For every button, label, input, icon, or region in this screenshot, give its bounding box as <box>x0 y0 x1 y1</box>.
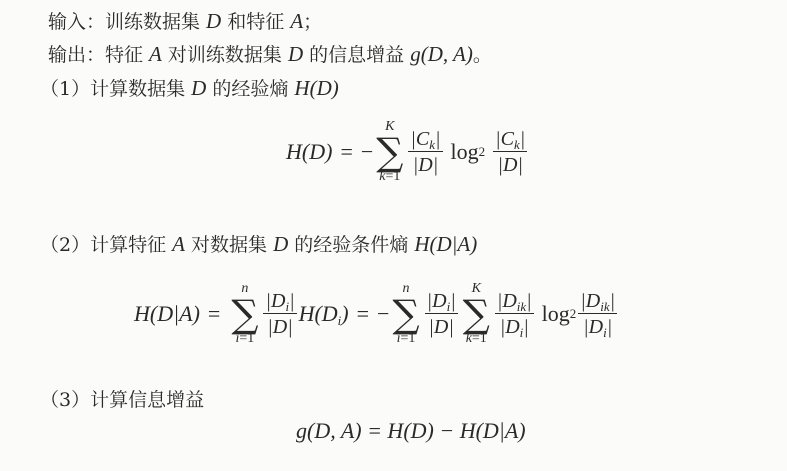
formula-entropy: H(D) = − K ∑ k=1 |Ck| |D| log2 |Ck| |D| <box>286 120 529 184</box>
entropy-term: H(Di) <box>299 301 349 327</box>
sum-lower: k=1 <box>379 170 400 184</box>
output-label: 输出：特征 <box>48 44 149 66</box>
num-end: | <box>450 290 456 312</box>
sum-start: =1 <box>472 331 487 346</box>
num-text: |C <box>495 128 514 150</box>
frac-denominator: |Di| <box>498 314 531 337</box>
num-end: | <box>520 128 526 150</box>
summation: K ∑ k=1 <box>463 282 490 346</box>
info-gain-expr: g(D, A) <box>410 42 473 66</box>
fraction: |Ck| |D| <box>493 129 527 175</box>
frac-numerator: |Dik| <box>495 291 534 314</box>
summation: n ∑ i=1 <box>392 282 419 346</box>
input-label: 输入：训练数据集 <box>48 11 206 33</box>
num-end: | <box>610 290 616 312</box>
var-d: D <box>288 42 303 66</box>
var-d: D <box>273 232 288 256</box>
var-d: D <box>206 9 221 33</box>
var-a: A <box>172 232 185 256</box>
var-a: A <box>290 9 303 33</box>
formula-conditional-entropy: H(D|A) = n ∑ i=1 |Di| |D| H(Di) = − n ∑ … <box>134 282 619 346</box>
sum-start: =1 <box>401 331 416 346</box>
sigma-icon: ∑ <box>392 296 419 332</box>
formula-lhs: H(D|A) <box>134 301 200 327</box>
minus-sign: − <box>377 301 389 327</box>
den-end: | <box>523 316 529 338</box>
input-end: ； <box>303 11 322 33</box>
num-end: | <box>435 128 441 150</box>
step3-label: （3）计算信息增益 <box>40 389 204 411</box>
sum-start: =1 <box>386 169 401 184</box>
frac-numerator: |Di| <box>425 291 458 314</box>
info-gain-formula: g(D, A) = H(D) − H(D|A) <box>296 418 526 444</box>
input-mid: 和特征 <box>221 11 290 33</box>
num-text: |D <box>265 290 285 312</box>
num-text: |D <box>580 290 600 312</box>
cond-entropy-expr: H(D|A) <box>414 232 477 256</box>
equals-sign: = <box>340 139 352 165</box>
sum-lower: k=1 <box>466 332 487 346</box>
sigma-icon: ∑ <box>463 296 490 332</box>
den-end: | <box>607 316 613 338</box>
frac-denominator: |Di| <box>581 314 614 337</box>
num-text: |D <box>497 290 517 312</box>
summation: n ∑ i=1 <box>231 282 258 346</box>
term-text: H(D <box>299 301 338 326</box>
step1-mid: 的经验熵 <box>206 78 294 100</box>
step2-label: （2）计算特征 <box>40 234 172 256</box>
fraction: |Di| |D| <box>263 291 296 337</box>
num-text: |D <box>427 290 447 312</box>
sigma-icon: ∑ <box>376 134 403 170</box>
num-sub: ik <box>600 299 609 314</box>
step1-label: （1）计算数据集 <box>40 78 191 100</box>
step2-mid1: 对数据集 <box>185 234 273 256</box>
fraction: |Dik| |Di| <box>578 291 617 337</box>
num-text: |C <box>410 128 429 150</box>
step2-heading: （2）计算特征 A 对数据集 D 的经验条件熵 H(D|A) <box>40 234 477 255</box>
minus-sign: − <box>361 139 373 165</box>
step2-mid2: 的经验条件熵 <box>288 234 414 256</box>
num-end: | <box>526 290 532 312</box>
term-end: ) <box>341 301 348 326</box>
equals-sign: = <box>208 301 220 327</box>
input-line: 输入：训练数据集 D 和特征 A； <box>48 11 322 32</box>
output-mid1: 对训练数据集 <box>162 44 288 66</box>
log-fn: log <box>451 139 479 165</box>
fraction: |Di| |D| <box>425 291 458 337</box>
equals-sign: = <box>357 301 369 327</box>
sum-lower: i=1 <box>397 332 416 346</box>
var-a: A <box>149 42 162 66</box>
var-d: D <box>191 76 206 100</box>
frac-denominator: |D| <box>411 152 440 175</box>
step3-heading: （3）计算信息增益 <box>40 391 204 410</box>
sigma-icon: ∑ <box>231 296 258 332</box>
step1-heading: （1）计算数据集 D 的经验熵 H(D) <box>40 78 339 99</box>
output-mid2: 的信息增益 <box>303 44 410 66</box>
formula-info-gain: g(D, A) = H(D) − H(D|A) <box>296 418 526 444</box>
den-text: |D <box>500 316 520 338</box>
sum-start: =1 <box>239 331 254 346</box>
frac-numerator: |Dik| <box>578 291 617 314</box>
den-text: |D <box>583 316 603 338</box>
frac-numerator: |Ck| <box>408 129 442 152</box>
frac-denominator: |D| <box>496 152 525 175</box>
sum-lower: i=1 <box>236 332 255 346</box>
summation: K ∑ k=1 <box>376 120 403 184</box>
frac-denominator: |D| <box>426 314 455 337</box>
log-fn: log <box>542 301 570 327</box>
num-sub: ik <box>517 299 526 314</box>
frac-numerator: |Ck| <box>493 129 527 152</box>
fraction: |Dik| |Di| <box>495 291 534 337</box>
formula-lhs: H(D) <box>286 139 332 165</box>
frac-numerator: |Di| <box>263 291 296 314</box>
output-end: 。 <box>473 44 492 66</box>
output-line: 输出：特征 A 对训练数据集 D 的信息增益 g(D, A)。 <box>48 44 492 65</box>
fraction: |Ck| |D| <box>408 129 442 175</box>
frac-denominator: |D| <box>265 314 294 337</box>
num-end: | <box>289 290 295 312</box>
textbook-page: 输入：训练数据集 D 和特征 A； 输出：特征 A 对训练数据集 D 的信息增益… <box>0 0 787 471</box>
entropy-expr: H(D) <box>294 76 338 100</box>
